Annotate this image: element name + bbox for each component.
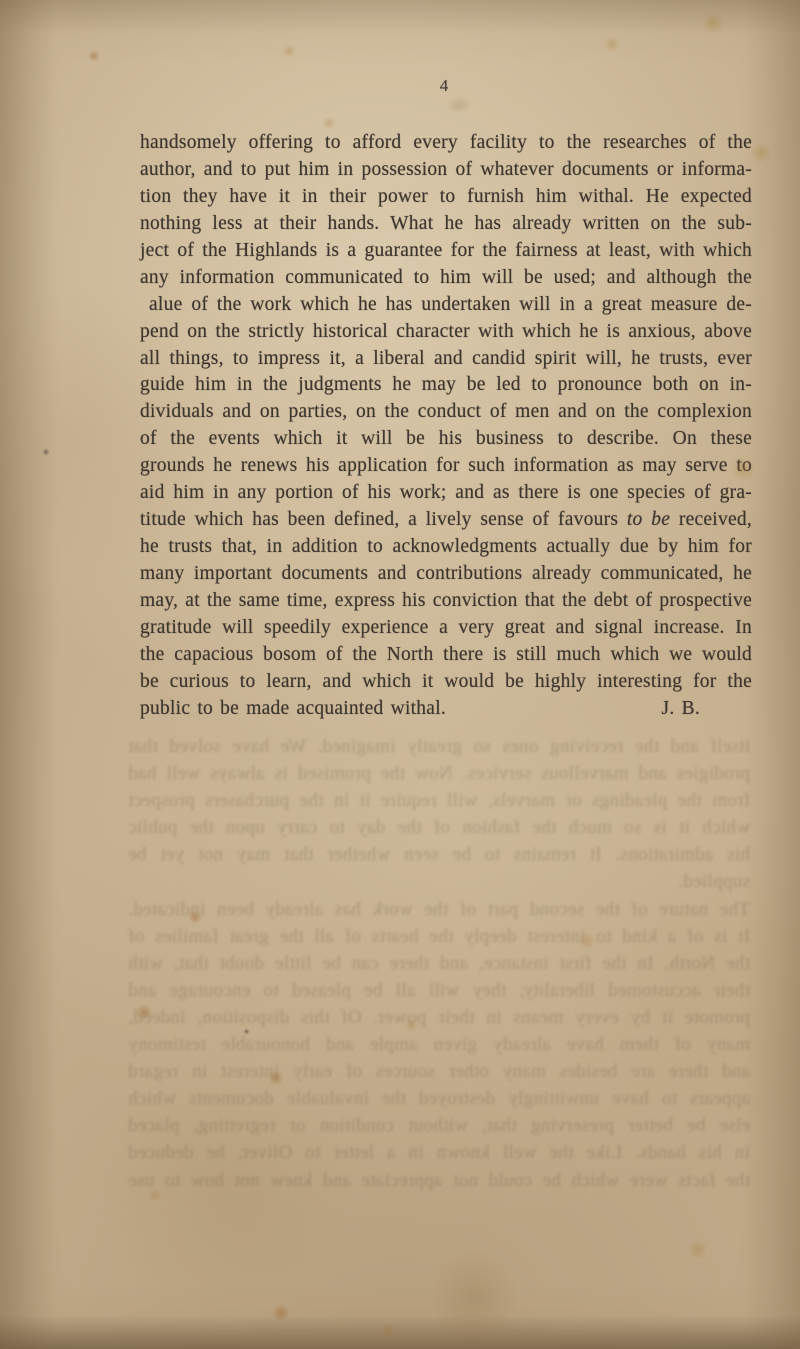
paragraph-lines: handsomely offering to afford every faci… [140,130,752,696]
text-line: grounds he renews his application for su… [140,453,752,480]
text-line: pend on the strictly historical characte… [140,319,752,346]
fox-spot [136,1004,152,1020]
text-line: public to be made acquainted withal. J. … [140,696,752,723]
text-line: any information communicated to him will… [140,265,752,292]
author-initials: J. B. [662,696,752,723]
paragraph: handsomely offering to afford every faci… [140,130,752,723]
scanned-book-page: itself and the receiving ones so greatly… [0,0,800,1349]
bleed-line: else be better preserving that, without … [128,1112,750,1139]
bleed-line: in his hands. Like the well known in a l… [128,1139,750,1166]
text-line: many important documents and contributio… [140,561,752,588]
fox-spot [268,1070,284,1086]
bleed-line: promote it by every means in their power… [128,1004,750,1031]
text-line: ject of the Highlands is a guarantee for… [140,238,752,265]
bleed-line: supplied. [128,868,750,895]
bleed-line: It is of a kind to interest deeply the h… [128,923,750,950]
last-line-text: public to be made acquainted withal. [140,696,446,723]
bleed-line: their accustomed liberality, they will a… [128,977,750,1004]
bleed-line: prodigies and marvellous services. Now t… [128,760,750,787]
page-number: 4 [140,76,748,96]
fox-spot [148,1188,162,1202]
bleed-line: appears to have unwittingly destroyed th… [128,1085,750,1112]
ink-dot [243,1028,250,1035]
text-line: the capacious bosom of the North there i… [140,642,752,669]
text-line: of the events which it will be his busin… [140,426,752,453]
fox-spot [380,1322,396,1338]
fox-spot [688,1240,708,1260]
text-line: handsomely offering to afford every faci… [140,130,752,157]
bleed-line: The nature of the second part of the wor… [128,896,750,923]
fox-spot [88,50,100,62]
fingerprint-smudge [428,1248,520,1346]
bleedthrough-text: itself and the receiving ones so greatly… [128,733,750,1194]
text-line: author, and to put him in possession of … [140,157,752,184]
text-line: may, at the same time, express his convi… [140,588,752,615]
ink-smudge [446,96,472,114]
text-line: guide him in the judgments he may be led… [140,372,752,399]
bleed-line: from the pleadings or marvels, will requ… [128,787,750,814]
text-line: tion they have it in their power to furn… [140,184,752,211]
text-line: nothing less at their hands. What he has… [140,211,752,238]
fox-spot [604,36,620,52]
fox-spot [404,1018,418,1032]
bleed-line: the facts were which he could not apprec… [128,1167,750,1194]
bleed-line: which it is so much the fashion of the d… [128,814,750,841]
bleed-line: and there are besides many other sources… [128,1058,750,1085]
fox-spot [272,1304,290,1322]
fox-spot [282,44,296,58]
fox-spot [750,142,772,164]
text-line: alue of the work which he has undertaken… [140,292,752,319]
bleed-line: the North. In the first instance, and th… [128,950,750,977]
text-line: he trusts that, in addition to acknowled… [140,534,752,561]
fox-spot [188,910,202,924]
text-line: dividuals and on parties, on the conduct… [140,399,752,426]
fox-spot [322,116,336,130]
text-line: be curious to learn, and which it would … [140,669,752,696]
text-line: titude which has been defined, a lively … [140,507,752,534]
bleed-line: his admirations. It remains to be seen w… [128,841,750,868]
text-line: aid him in any portion of his work; and … [140,480,752,507]
fox-spot [578,932,596,950]
bleed-line: itself and the receiving ones so greatly… [128,733,750,760]
text-line: all things, to impress it, a liberal and… [140,346,752,373]
bleed-line: many of them have already given ample an… [128,1031,750,1058]
text-line: gratitude will speedily experience a ver… [140,615,752,642]
fox-spot [702,12,724,34]
ink-dot [42,448,50,456]
